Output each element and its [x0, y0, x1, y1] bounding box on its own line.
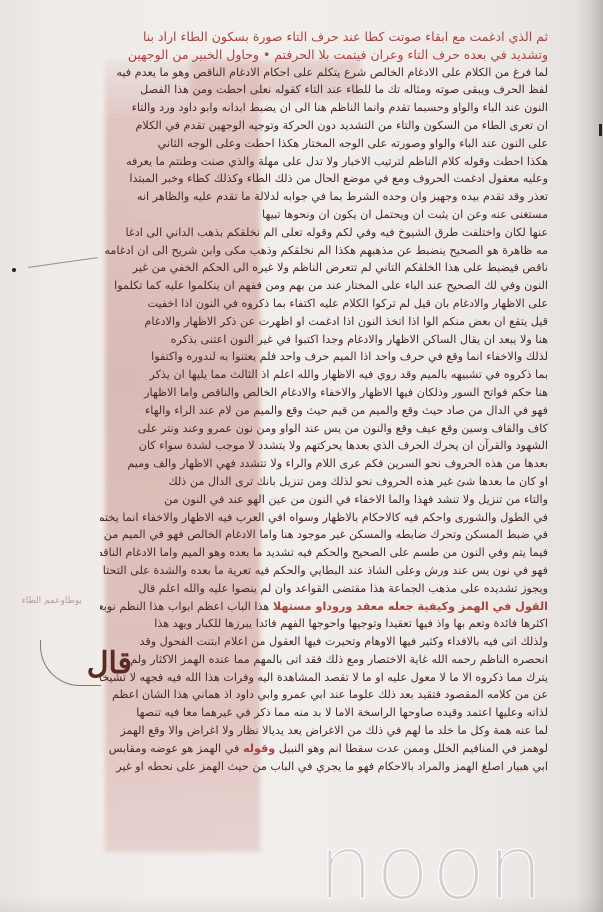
margin-note: بوطاوعمم الطاء — [4, 596, 82, 606]
manuscript-line: فهو في الدال من صاد حيث وقع والميم من قي… — [100, 402, 548, 420]
manuscript-line: انحصره الناظم رحمه الله غاية الاختصار وم… — [100, 651, 548, 669]
manuscript-line: ناقص فيضبط على هذا الخلقكم التاني لم تتع… — [100, 259, 548, 277]
manuscript-line: او كان ما بعدها شئ غير هذه الحروف نحو لذ… — [100, 473, 548, 491]
rubric-phrase: القول في الهمز وكيفية جعله معقد وروداو م… — [273, 600, 548, 613]
manuscript-line: هكذا احطت وقوله كلام الناظم لترتيب الاخب… — [100, 153, 548, 171]
manuscript-line: لفظ الحرف ويبقى صوته ومثاله تك ما للطاء … — [100, 81, 548, 99]
manuscript-line: مه ظاهرة هو الصحيح ينضبط عن مذهبهم هكذا … — [100, 242, 548, 260]
manuscript-line: والتاء من تنزيل ولا تنشد فهذا والما الاخ… — [100, 491, 548, 509]
rubric-phrase: وقوله — [243, 742, 275, 755]
manuscript-line: مستغنى عنه وعن ان يثبت ان ويحتمل ان يكون… — [100, 206, 548, 224]
manuscript-line: الشهود والقرآن ان يحرك الحرف الذي بعدها … — [100, 437, 548, 455]
manuscript-line: على الاظهار والادغام بان قيل لم تركوا ال… — [100, 295, 548, 313]
manuscript-line: عنها لكان واختلفت طرق الشيوخ فيه وفي لكم… — [100, 224, 548, 242]
manuscript-line: في الطول والشورى واحكم فيه كالاحكام بالا… — [100, 509, 548, 527]
manuscript-line: القول في الهمز وكيفية جعله معقد وروداو م… — [100, 598, 548, 616]
manuscript-line: ويجوز تشديده على مذهب الجماعة هذا مقتضى … — [100, 580, 548, 598]
manuscript-line: ولذلك اتى فيه بالافداء وكثير فيها الاوها… — [100, 633, 548, 651]
manuscript-line: لما عنه همة وكل ما خلد ما لهم في ذلك من … — [100, 722, 548, 740]
page-edge-shadow — [575, 0, 603, 912]
manuscript-line: فيما يتم وفي النون من طسم على الصحيح وال… — [100, 544, 548, 562]
manuscript-line: النون وفي لك الصحيح عند الباء على المختا… — [100, 277, 548, 295]
manuscript-line: هنا حكم فواتح السور وذلكان فيها الاظهار … — [100, 384, 548, 402]
manuscript-line: ثم الذي ادغمت مع ابقاء صوتت كطا عند حرف … — [100, 28, 548, 46]
manuscript-line: لذلك والاخفاء انما وقع في حرف واحد اذا ا… — [100, 348, 548, 366]
manuscript-text-block: ثم الذي ادغمت مع ابقاء صوتت كطا عند حرف … — [100, 28, 548, 775]
manuscript-line: بما ذكروه في تشبيهه بالميم وقد روي فيه ا… — [100, 366, 548, 384]
manuscript-line: عن من كلامه المقصود فتقيد بعد ذلك علوما … — [100, 686, 548, 704]
manuscript-line: قيل يتقع ان بعض منكم الوا اذا اتخذ النون… — [100, 313, 548, 331]
manuscript-line: في ضبط المسكن وتحرك ضابطه والمسكن غير مو… — [100, 526, 548, 544]
page-bottom-edge — [0, 895, 603, 912]
manuscript-line: تعذر وقد تقدم بيده وجهيز وان وحده الشرط … — [100, 188, 548, 206]
manuscript-line: اكثرها فائدة وتعم بها واذ فيها تعقيدا وت… — [100, 615, 548, 633]
manuscript-line: وعليه معقول ادغمت الحروف ومع في موضع الح… — [100, 170, 548, 188]
manuscript-line: فهو في نون يس عند ورش وعلى الشاذ عند الب… — [100, 562, 548, 580]
manuscript-line: لذاته وعليها اعتمد وقيده صاوحها الراسخة … — [100, 704, 548, 722]
ink-dot — [12, 268, 16, 272]
manuscript-line: ان تعرى الطاء من السكون والتاء من التشدي… — [100, 117, 548, 135]
manuscript-line: وتشديد في بعده حرف التاء وعران فيتمت بلا… — [100, 46, 548, 64]
manuscript-line: بعدها من هذه الحروف نحو السرين فكم عرى ا… — [100, 455, 548, 473]
manuscript-line: هنا ولا يبعد ان يقال الساكن الاظهار والا… — [100, 331, 548, 349]
manuscript-line: لوهمز في المنافيم الخلل وممن عدت سقطا ان… — [100, 740, 548, 758]
ink-mark — [599, 124, 602, 136]
manuscript-line: ابي هبيار اصلغ الهمز والمراد بالاحكام فه… — [100, 758, 548, 776]
manuscript-line: كاف والقاف وسين وقع عيف وقع والنون من يس… — [100, 420, 548, 438]
manuscript-line: على النون عند الباء والواو وصورته على ال… — [100, 135, 548, 153]
manuscript-line: لما فرغ من الكلام على الادغام الخالص شرع… — [100, 64, 548, 82]
manuscript-line: يترك مما ذكروه الا ما لا معول عليه او ما… — [100, 669, 548, 687]
manuscript-line: النون عند الباء والواو وحسبما تقدم وانما… — [100, 99, 548, 117]
manuscript-page: بوطاوعمم الطاء قال ثم الذي ادغمت مع ابقا… — [0, 0, 603, 912]
margin-pointer-line — [28, 257, 97, 268]
